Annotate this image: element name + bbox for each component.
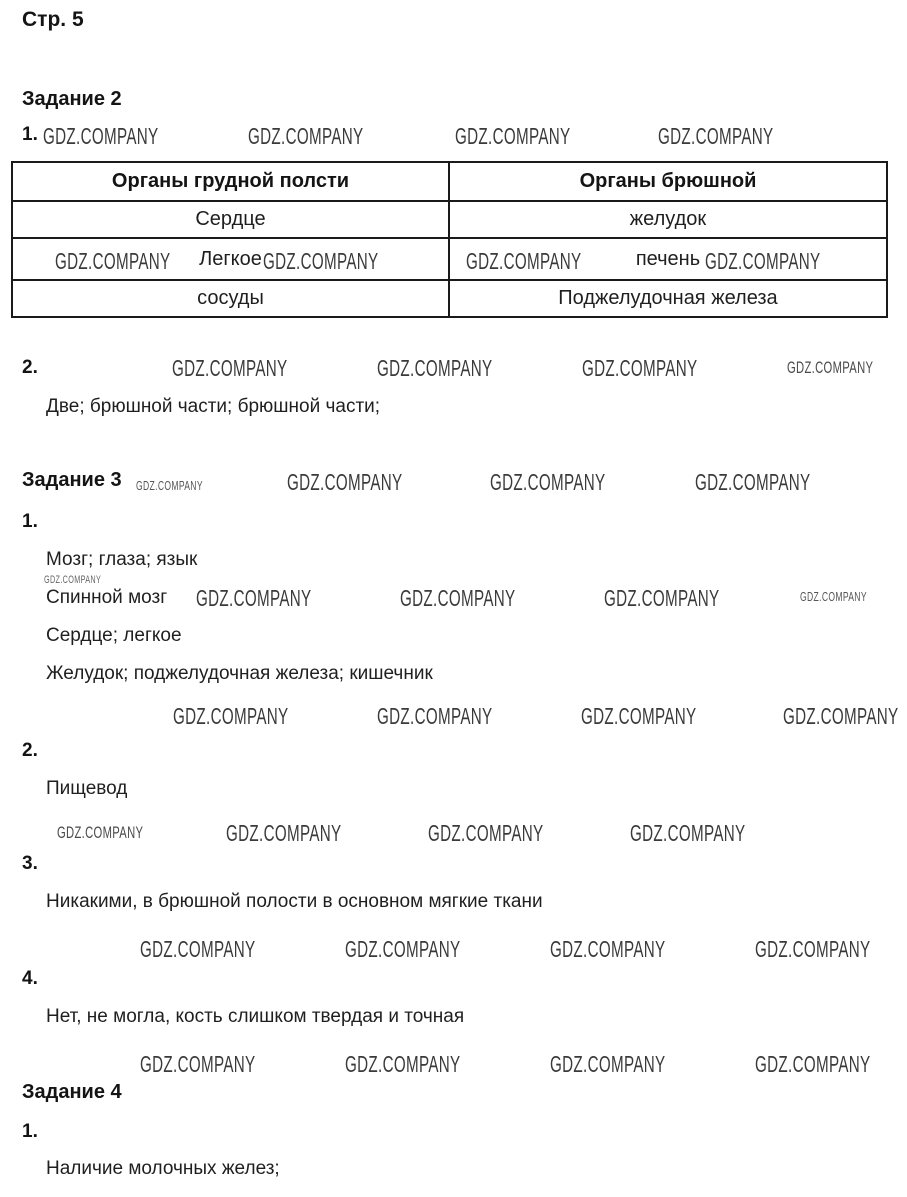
task4-item1-answer: Наличие молочных желез; [46, 1158, 280, 1180]
gdz-watermark: GDZ.COMPANY [345, 936, 461, 963]
task2-heading: Задание 2 [22, 88, 122, 110]
gdz-watermark: GDZ.COMPANY [196, 585, 312, 612]
gdz-watermark: GDZ.COMPANY [248, 123, 364, 150]
task2-item1-number: 1. [22, 124, 38, 146]
task3-item4-number: 4. [22, 968, 38, 990]
gdz-watermark: GDZ.COMPANY [755, 936, 871, 963]
gdz-watermark: GDZ.COMPANY [140, 936, 256, 963]
gdz-watermark: GDZ.COMPANY [43, 123, 159, 150]
gdz-watermark: GDZ.COMPANY [787, 358, 873, 378]
gdz-watermark: GDZ.COMPANY [345, 1051, 461, 1078]
gdz-watermark: GDZ.COMPANY [173, 703, 289, 730]
task2-item2-number: 2. [22, 357, 38, 379]
task3-item1-line2: Спинной мозг [46, 587, 167, 609]
gdz-watermark: GDZ.COMPANY [550, 936, 666, 963]
table-cell: желудок [449, 201, 887, 238]
gdz-watermark: GDZ.COMPANY [55, 248, 171, 275]
gdz-watermark: GDZ.COMPANY [377, 355, 493, 382]
gdz-watermark: GDZ.COMPANY [428, 820, 544, 847]
gdz-watermark: GDZ.COMPANY [287, 469, 403, 496]
gdz-watermark: GDZ.COMPANY [604, 585, 720, 612]
gdz-watermark: GDZ.COMPANY [658, 123, 774, 150]
gdz-watermark: GDZ.COMPANY [755, 1051, 871, 1078]
gdz-watermark: GDZ.COMPANY [630, 820, 746, 847]
task3-item2-number: 2. [22, 740, 38, 762]
table-cell: Сердце [12, 201, 449, 238]
gdz-watermark: GDZ.COMPANY [400, 585, 516, 612]
task3-item3-answer: Никакими, в брюшной полости в основном м… [46, 891, 543, 913]
gdz-watermark: GDZ.COMPANY [800, 589, 867, 604]
answers-table: Органы грудной полсти Органы брюшной Сер… [11, 161, 888, 318]
task3-item4-answer: Нет, не могла, кость слишком твердая и т… [46, 1006, 464, 1028]
gdz-watermark: GDZ.COMPANY [172, 355, 288, 382]
gdz-watermark: GDZ.COMPANY [263, 248, 379, 275]
task3-item1-line1: Мозг; глаза; язык [46, 549, 197, 571]
task2-item2-answer: Две; брюшной части; брюшной части; [46, 396, 380, 418]
task3-item1-line3: Сердце; легкое [46, 625, 182, 647]
table-header-thoracic: Органы грудной полсти [12, 162, 449, 201]
document-page: Стр. 5 Задание 2 1. GDZ.COMPANY GDZ.COMP… [0, 0, 907, 1197]
task3-heading: Задание 3 [22, 469, 122, 491]
table-cell: Поджелудочная железа [449, 280, 887, 317]
table-cell: сосуды [12, 280, 449, 317]
task4-heading: Задание 4 [22, 1081, 122, 1103]
gdz-watermark: GDZ.COMPANY [44, 574, 101, 586]
gdz-watermark: GDZ.COMPANY [377, 703, 493, 730]
gdz-watermark: GDZ.COMPANY [490, 469, 606, 496]
task3-item1-line4: Желудок; поджелудочная железа; кишечник [46, 663, 433, 685]
gdz-watermark: GDZ.COMPANY [695, 469, 811, 496]
task3-item1-number: 1. [22, 511, 38, 533]
gdz-watermark: GDZ.COMPANY [140, 1051, 256, 1078]
page-label: Стр. 5 [22, 9, 84, 31]
gdz-watermark: GDZ.COMPANY [705, 248, 821, 275]
gdz-watermark: GDZ.COMPANY [581, 703, 697, 730]
gdz-watermark: GDZ.COMPANY [136, 478, 203, 493]
task3-item3-number: 3. [22, 853, 38, 875]
gdz-watermark: GDZ.COMPANY [226, 820, 342, 847]
gdz-watermark: GDZ.COMPANY [57, 823, 143, 843]
gdz-watermark: GDZ.COMPANY [582, 355, 698, 382]
table-header-abdominal: Органы брюшной [449, 162, 887, 201]
gdz-watermark: GDZ.COMPANY [550, 1051, 666, 1078]
task3-item2-answer: Пищевод [46, 778, 127, 800]
gdz-watermark: GDZ.COMPANY [455, 123, 571, 150]
task4-item1-number: 1. [22, 1121, 38, 1143]
gdz-watermark: GDZ.COMPANY [466, 248, 582, 275]
gdz-watermark: GDZ.COMPANY [783, 703, 899, 730]
